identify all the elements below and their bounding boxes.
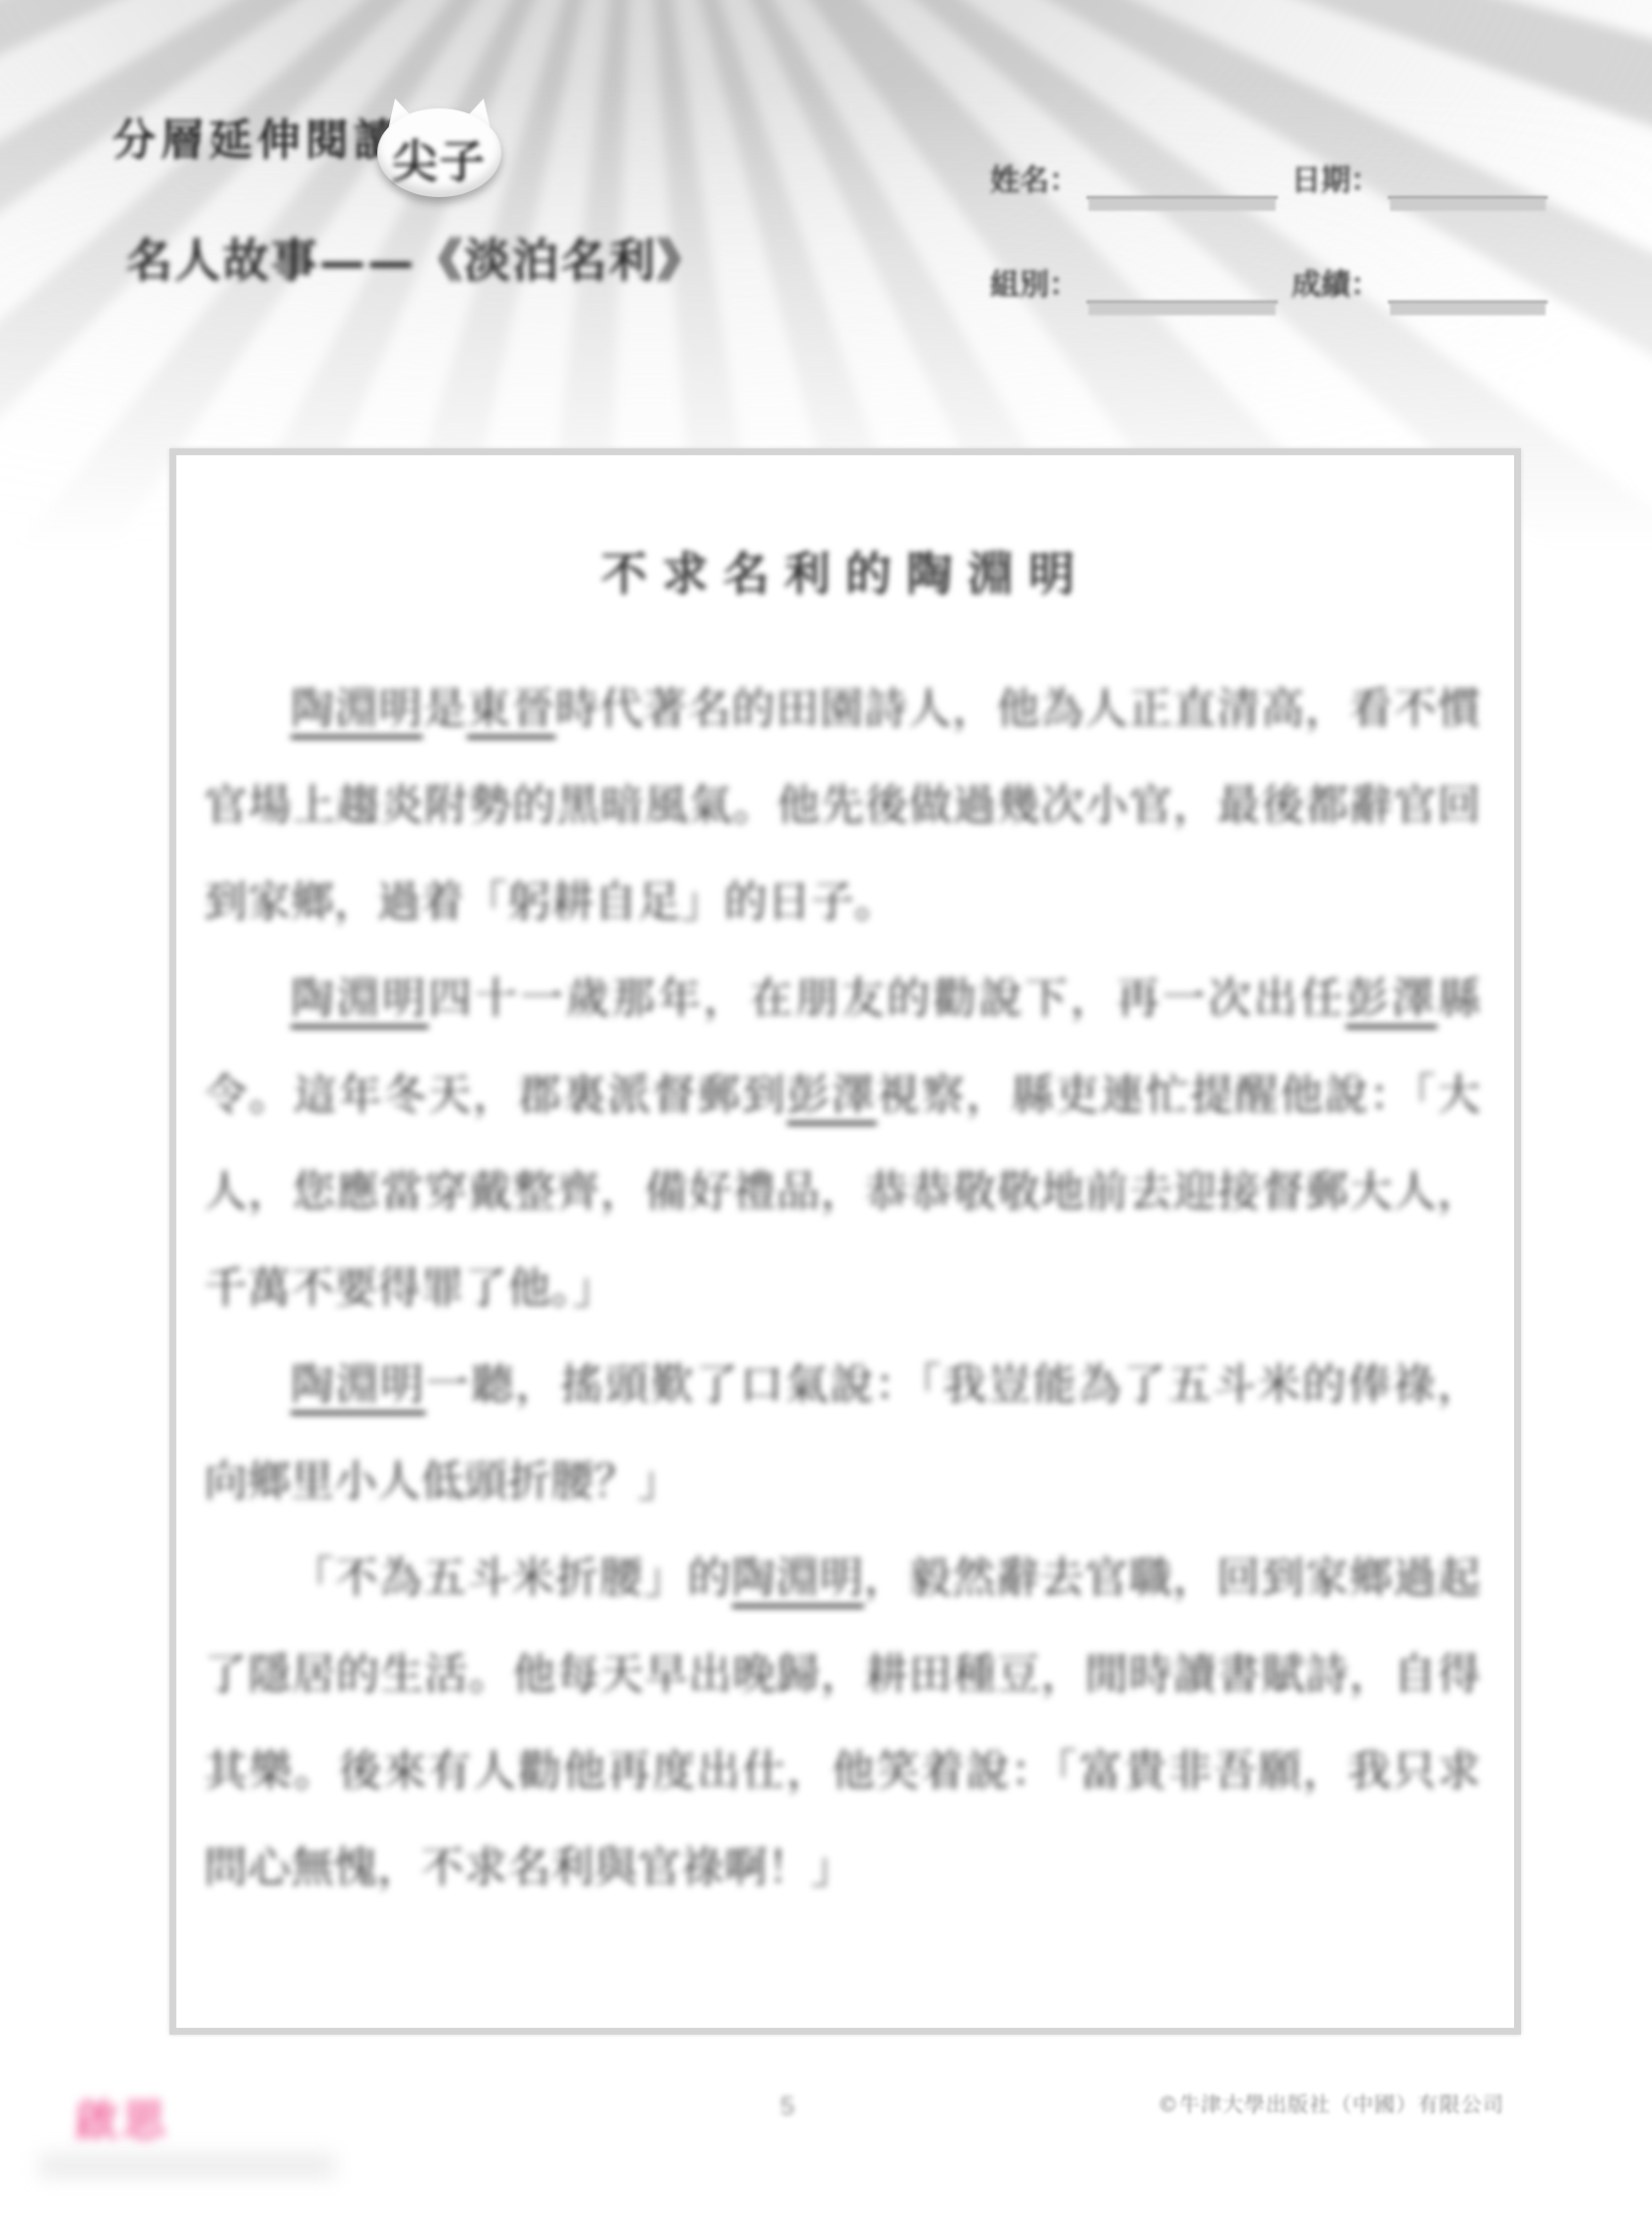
article-body: 陶淵明是東晉時代著名的田園詩人，他為人正直清高，看不慣官場上趨炎附勢的黑暗風氣。… (204, 661, 1481, 1916)
series-title: 分層延伸閱讀 (112, 104, 402, 168)
score-blank-line[interactable] (1388, 265, 1548, 303)
date-label: 日期： (1291, 156, 1380, 199)
page-number: 5 (780, 2091, 794, 2121)
group-label: 組別： (990, 260, 1079, 303)
proper-noun-underline: 陶淵明 (291, 1360, 426, 1415)
article-paragraph: 「不為五斗米折腰」的陶淵明，毅然辭去官職，回到家鄉過起了隱居的生活。他每天早出晚… (204, 1530, 1481, 1916)
article-title: 不求名利的陶淵明 (176, 538, 1514, 604)
proper-noun-underline: 陶淵明 (732, 1553, 864, 1608)
group-field: 組別： (990, 260, 1278, 303)
article-paragraph: 陶淵明四十一歲那年，在朋友的勸說下，再一次出任彭澤縣令。這年冬天，郡裏派督郵到彭… (204, 951, 1481, 1337)
student-info-form: 姓名： 日期： 組別： 成績： (990, 156, 1547, 303)
lesson-subtitle: 名人故事——《淡泊名利》 (126, 225, 705, 291)
proper-noun-underline: 彭澤 (787, 1070, 877, 1125)
group-blank-line[interactable] (1087, 265, 1278, 303)
publisher-logo: 啟思 (75, 2085, 169, 2148)
score-field: 成績： (1291, 260, 1548, 303)
date-blank-line[interactable] (1388, 161, 1548, 199)
level-badge-label: 尖子 (377, 126, 501, 191)
name-field: 姓名： (990, 156, 1278, 199)
publisher-credit: ©牛津大學出版社（中國）有限公司 (1157, 2089, 1504, 2118)
date-field: 日期： (1291, 156, 1548, 199)
level-badge-cat: 尖子 (377, 99, 501, 197)
article-paragraph: 陶淵明一聽，搖頭歎了口氣說：「我豈能為了五斗米的俸祿，向鄉里小人低頭折腰？」 (204, 1337, 1481, 1530)
name-blank-line[interactable] (1087, 161, 1278, 199)
article-paragraph: 陶淵明是東晉時代著名的田園詩人，他為人正直清高，看不慣官場上趨炎附勢的黑暗風氣。… (204, 661, 1481, 951)
proper-noun-underline: 陶淵明 (291, 684, 423, 739)
name-label: 姓名： (990, 156, 1079, 199)
score-label: 成績： (1291, 260, 1380, 303)
logo-shadow-smudge (39, 2154, 335, 2178)
article-box: 不求名利的陶淵明 陶淵明是東晉時代著名的田園詩人，他為人正直清高，看不慣官場上趨… (169, 448, 1521, 2035)
proper-noun-underline: 彭澤 (1346, 974, 1437, 1029)
proper-noun-underline: 陶淵明 (291, 974, 429, 1029)
worksheet-page: 分層延伸閱讀 尖子 名人故事——《淡泊名利》 姓名： 日期： 組別： 成績： (0, 0, 1652, 2218)
proper-noun-underline: 東晉 (467, 684, 556, 739)
